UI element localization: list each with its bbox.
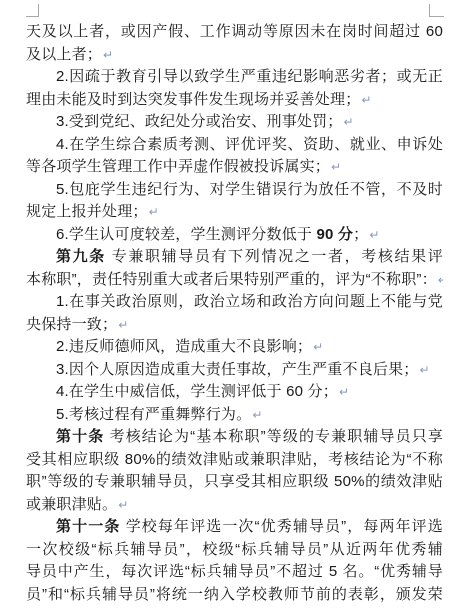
text-run: 等各项学生管理工作中弄虚作假被投诉属实； xyxy=(26,158,330,175)
text-line: 本称职”，责任特别重大或者后果特别严重的，评为“不称职”：↵ xyxy=(26,269,443,292)
text-run: 4.在学生中威信低，学生测评低于 60 分； xyxy=(56,383,338,400)
text-run: 或兼职津贴。 xyxy=(26,496,117,513)
text-line: 受其相应职级 80%的绩效津贴或兼职津贴，考核结论为“不称 xyxy=(26,449,443,472)
text-boundary-mark-top-right xyxy=(429,4,444,17)
text-run: 2.因疏于教育引导以致学生严重违纪影响恶劣者；或无正当 xyxy=(26,68,443,89)
text-line: 职”等级的专兼职辅导员，只享受其相应职级 50%的绩效津贴 xyxy=(26,471,443,494)
text-line: 及以上者；↵ xyxy=(26,44,443,67)
bold-text-run: 90 分 xyxy=(316,226,353,243)
text-line: 员”和“标兵辅导员”将统一纳入学校教师节前的表彰，颁发荣 xyxy=(26,584,443,607)
paragraph-mark-icon: ↵ xyxy=(102,48,113,62)
text-run: 一次校级“标兵辅导员”，校级“标兵辅导员”从近两年优秀辅 xyxy=(26,541,443,558)
paragraph-mark-icon: ↵ xyxy=(368,228,379,242)
text-line: 3.因个人原因造成重大责任事故，产生严重不良后果；↵ xyxy=(26,359,443,382)
text-run: 5.考核过程有严重舞弊行为。 xyxy=(56,406,251,423)
text-line: 4.在学生中威信低，学生测评低于 60 分；↵ xyxy=(26,381,443,404)
text-line: 5.包庇学生违纪行为、对学生错误行为放任不管，不及时按 xyxy=(26,179,443,202)
paragraph-mark-icon: ↵ xyxy=(251,408,262,422)
text-line: 第九条 专兼职辅导员有下列情况之一者，考核结果评为“基 xyxy=(26,246,443,269)
document-page: 天及以上者，或因产假、工作调动等原因未在岗时间超过 60 天及以上者；↵2.因疏… xyxy=(0,0,467,614)
text-line: 天及以上者，或因产假、工作调动等原因未在岗时间超过 60 天 xyxy=(26,21,443,44)
text-run: 6.学生认可度较差，学生测评分数低于 xyxy=(56,226,316,243)
text-run: 2.违反师德师风，造成重大不良影响； xyxy=(56,338,312,355)
paragraph-mark-icon: ↵ xyxy=(117,318,128,332)
bold-text-run: 第十条 xyxy=(56,428,104,445)
text-run: 受其相应职级 80%的绩效津贴或兼职津贴，考核结论为“不称 xyxy=(26,451,443,468)
paragraph-mark-icon: ↵ xyxy=(360,93,371,107)
text-run: 及以上者； xyxy=(26,46,102,63)
text-run: 本称职”，责任特别重大或者后果特别严重的，评为“不称职”： xyxy=(26,271,437,288)
text-run: 员”和“标兵辅导员”将统一纳入学校教师节前的表彰，颁发荣 xyxy=(26,586,443,603)
paragraph-mark-icon: ↵ xyxy=(419,363,430,377)
text-line: 第十条 考核结论为“基本称职”等级的专兼职辅导员只享 xyxy=(26,426,443,449)
paragraph-mark-icon: ↵ xyxy=(148,205,159,219)
text-run: ； xyxy=(353,226,368,243)
paragraph-mark-icon: ↵ xyxy=(437,273,443,287)
paragraph-mark-icon: ↵ xyxy=(312,340,323,354)
text-run: 导员中产生，每次评选“标兵辅导员”不超过 5 名。“优秀辅导 xyxy=(26,563,443,580)
text-line: 或兼职津贴。↵ xyxy=(26,494,443,517)
text-line: 等各项学生管理工作中弄虚作假被投诉属实；↵ xyxy=(26,156,443,179)
text-boundary-mark-top-left xyxy=(26,4,39,17)
text-run: 规定上报并处理； xyxy=(26,203,148,220)
text-line: 2.因疏于教育引导以致学生严重违纪影响恶劣者；或无正当 xyxy=(26,66,443,89)
text-run: 5.包庇学生违纪行为、对学生错误行为放任不管，不及时按 xyxy=(26,181,443,202)
bold-text-run: 第十一条 xyxy=(56,518,120,535)
text-line: 第十一条 学校每年评选一次“优秀辅导员”，每两年评选 xyxy=(26,516,443,539)
document-text-block[interactable]: 天及以上者，或因产假、工作调动等原因未在岗时间超过 60 天及以上者；↵2.因疏… xyxy=(26,21,443,606)
paragraph-mark-icon: ↵ xyxy=(343,115,354,129)
text-run: 1.在事关政治原则，政治立场和政治方向问题上不能与党中 xyxy=(26,293,443,314)
text-run: 理由未能及时到达突发事件发生现场并妥善处理； xyxy=(26,91,360,108)
text-run: 天及以上者，或因产假、工作调动等原因未在岗时间超过 60 天 xyxy=(26,23,443,44)
text-line: 4.在学生综合素质考测、评优评奖、资助、就业、申诉处理 xyxy=(26,134,443,157)
text-line: 央保持一致；↵ xyxy=(26,314,443,337)
paragraph-mark-icon: ↵ xyxy=(117,498,128,512)
text-line: 规定上报并处理；↵ xyxy=(26,201,443,224)
text-run: 央保持一致； xyxy=(26,316,117,333)
text-line: 导员中产生，每次评选“标兵辅导员”不超过 5 名。“优秀辅导 xyxy=(26,561,443,584)
text-line: 6.学生认可度较差，学生测评分数低于 90 分；↵ xyxy=(26,224,443,247)
text-run: 学校每年评选一次“优秀辅导员”，每两年评选 xyxy=(120,518,443,535)
paragraph-mark-icon: ↵ xyxy=(330,160,341,174)
text-run: 4.在学生综合素质考测、评优评奖、资助、就业、申诉处理 xyxy=(26,136,443,157)
text-line: 一次校级“标兵辅导员”，校级“标兵辅导员”从近两年优秀辅 xyxy=(26,539,443,562)
text-line: 理由未能及时到达突发事件发生现场并妥善处理；↵ xyxy=(26,89,443,112)
text-line: 5.考核过程有严重舞弊行为。↵ xyxy=(26,404,443,427)
text-run: 考核结论为“基本称职”等级的专兼职辅导员只享 xyxy=(104,428,443,445)
text-line: 1.在事关政治原则，政治立场和政治方向问题上不能与党中 xyxy=(26,291,443,314)
text-line: 2.违反师德师风，造成重大不良影响；↵ xyxy=(26,336,443,359)
text-run: 3.因个人原因造成重大责任事故，产生严重不良后果； xyxy=(56,361,419,378)
bold-text-run: 第九条 xyxy=(56,248,106,265)
paragraph-mark-icon: ↵ xyxy=(338,385,349,399)
text-run: 职”等级的专兼职辅导员，只享受其相应职级 50%的绩效津贴 xyxy=(26,473,443,490)
text-line: 3.受到党纪、政纪处分或治安、刑事处罚；↵ xyxy=(26,111,443,134)
text-run: 3.受到党纪、政纪处分或治安、刑事处罚； xyxy=(56,113,343,130)
